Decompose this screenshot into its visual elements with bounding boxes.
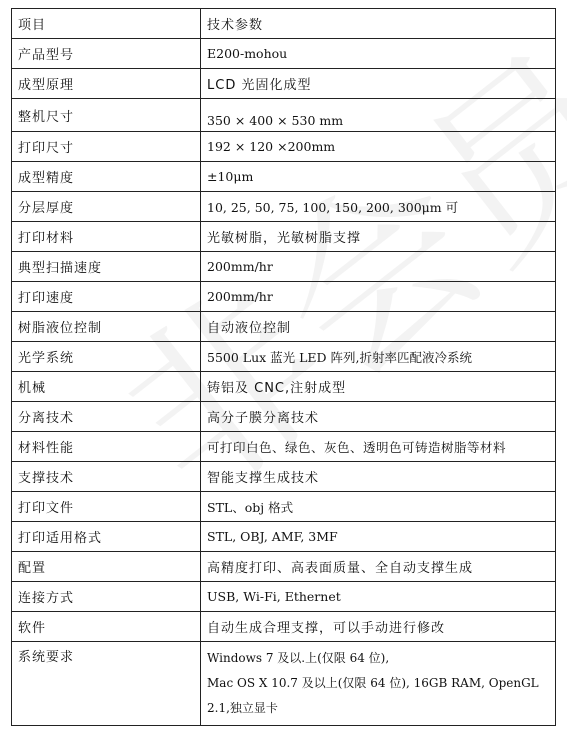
row-value: 自动液位控制 [201, 312, 556, 342]
row-key: 分离技术 [12, 402, 201, 432]
row-value: 光敏树脂，光敏树脂支撑 [201, 222, 556, 252]
row-key: 成型精度 [12, 162, 201, 192]
table-row: 产品型号 E200-mohou [12, 39, 556, 69]
row-value: LCD 光固化成型 [201, 69, 556, 99]
table-row: 整机尺寸 350 × 400 × 530 mm [12, 99, 556, 132]
system-req-line: 2.1,独立显卡 [207, 696, 555, 721]
system-req-line: Windows 7 及以.上(仅限 64 位), [207, 646, 555, 671]
row-key: 分层厚度 [12, 192, 201, 222]
row-key: 材料性能 [12, 432, 201, 462]
row-key: 软件 [12, 612, 201, 642]
table-row: 支撑技术 智能支撑生成技术 [12, 462, 556, 492]
table-row: 软件 自动生成合理支撑，可以手动进行修改 [12, 612, 556, 642]
table-row: 材料性能 可打印白色、绿色、灰色、透明色可铸造树脂等材料 [12, 432, 556, 462]
row-value: 自动生成合理支撑，可以手动进行修改 [201, 612, 556, 642]
row-key: 连接方式 [12, 582, 201, 612]
row-value: 200mm/hr [201, 252, 556, 282]
row-key: 机械 [12, 372, 201, 402]
header-key: 项目 [12, 9, 201, 39]
table-row: 机械 铸铝及 CNC,注射成型 [12, 372, 556, 402]
row-key: 配置 [12, 552, 201, 582]
row-value: 10, 25, 50, 75, 100, 150, 200, 300μm 可 [201, 192, 556, 222]
table-row: 配置 高精度打印、高表面质量、全自动支撑生成 [12, 552, 556, 582]
row-value: 5500 Lux 蓝光 LED 阵列,折射率匹配液冷系统 [201, 342, 556, 372]
row-value: USB, Wi-Fi, Ethernet [201, 582, 556, 612]
table-row: 典型扫描速度 200mm/hr [12, 252, 556, 282]
row-value: 高精度打印、高表面质量、全自动支撑生成 [201, 552, 556, 582]
row-value: 192 × 120 ×200mm [201, 132, 556, 162]
row-key: 产品型号 [12, 39, 201, 69]
row-key: 光学系统 [12, 342, 201, 372]
row-key: 典型扫描速度 [12, 252, 201, 282]
table-row: 树脂液位控制 自动液位控制 [12, 312, 556, 342]
row-value: E200-mohou [201, 39, 556, 69]
table-row: 光学系统 5500 Lux 蓝光 LED 阵列,折射率匹配液冷系统 [12, 342, 556, 372]
row-value: 可打印白色、绿色、灰色、透明色可铸造树脂等材料 [201, 432, 556, 462]
table-row: 打印速度 200mm/hr [12, 282, 556, 312]
table-row: 打印材料 光敏树脂，光敏树脂支撑 [12, 222, 556, 252]
row-key: 打印适用格式 [12, 522, 201, 552]
row-value: STL、obj 格式 [201, 492, 556, 522]
row-value-multiline: Windows 7 及以.上(仅限 64 位), Mac OS X 10.7 及… [201, 642, 556, 726]
row-value: 200mm/hr [201, 282, 556, 312]
row-value: 350 × 400 × 530 mm [201, 99, 556, 132]
row-key: 树脂液位控制 [12, 312, 201, 342]
table-row: 分离技术 高分子膜分离技术 [12, 402, 556, 432]
table-row: 成型精度 ±10μm [12, 162, 556, 192]
table-row: 分层厚度 10, 25, 50, 75, 100, 150, 200, 300μ… [12, 192, 556, 222]
table-row: 打印适用格式 STL, OBJ, AMF, 3MF [12, 522, 556, 552]
table-header-row: 项目 技术参数 [12, 9, 556, 39]
row-value: ±10μm [201, 162, 556, 192]
row-value: 铸铝及 CNC,注射成型 [201, 372, 556, 402]
table-row: 打印文件 STL、obj 格式 [12, 492, 556, 522]
row-value: STL, OBJ, AMF, 3MF [201, 522, 556, 552]
row-key: 成型原理 [12, 69, 201, 99]
spec-table: 项目 技术参数 产品型号 E200-mohou 成型原理 LCD 光固化成型 整… [11, 8, 556, 726]
table-row: 连接方式 USB, Wi-Fi, Ethernet [12, 582, 556, 612]
row-key: 打印尺寸 [12, 132, 201, 162]
row-value: 智能支撑生成技术 [201, 462, 556, 492]
row-key: 系统要求 [12, 642, 201, 726]
row-value: 高分子膜分离技术 [201, 402, 556, 432]
row-key: 打印材料 [12, 222, 201, 252]
system-req-line: Mac OS X 10.7 及以上(仅限 64 位), 16GB RAM, Op… [207, 671, 555, 696]
header-value: 技术参数 [201, 9, 556, 39]
table-row: 系统要求 Windows 7 及以.上(仅限 64 位), Mac OS X 1… [12, 642, 556, 726]
row-key: 整机尺寸 [12, 99, 201, 132]
table-row: 打印尺寸 192 × 120 ×200mm [12, 132, 556, 162]
row-key: 打印文件 [12, 492, 201, 522]
row-key: 支撑技术 [12, 462, 201, 492]
table-row: 成型原理 LCD 光固化成型 [12, 69, 556, 99]
row-key: 打印速度 [12, 282, 201, 312]
